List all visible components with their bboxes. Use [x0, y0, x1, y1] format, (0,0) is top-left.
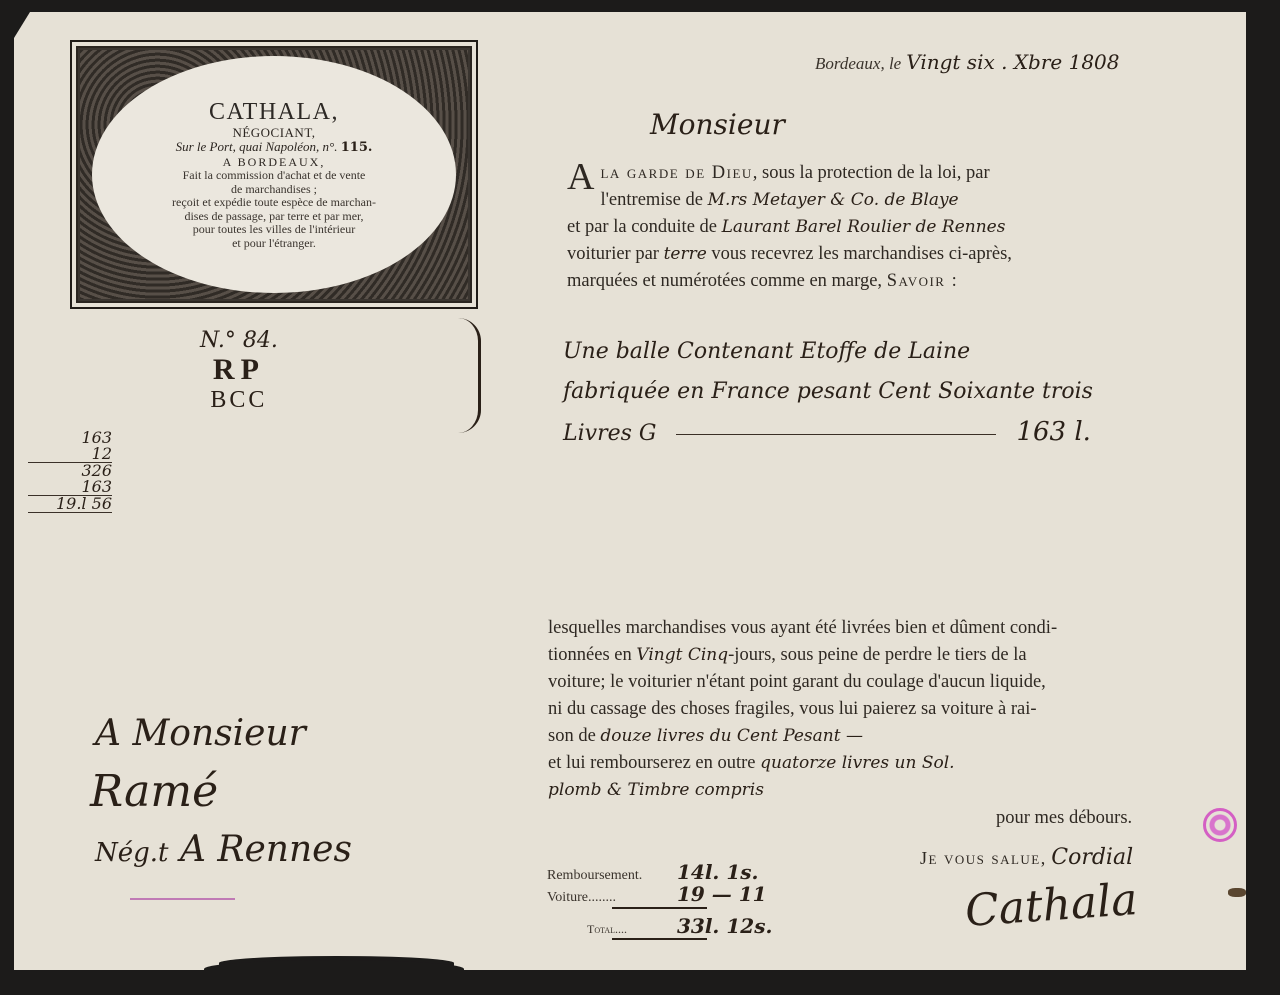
date-printed: Bordeaux, le: [815, 54, 901, 73]
rate-handwritten: douze livres du Cent Pesant —: [600, 726, 863, 746]
body-text: lesquelles marchandises vous ayant été l…: [548, 615, 1238, 642]
total-value: 33l. 12s.: [677, 914, 772, 938]
merchant-role: NÉGOCIANT,: [232, 126, 315, 141]
package-number: N.° 84.: [200, 328, 278, 353]
recipient-occupation: Nég.t: [95, 838, 169, 868]
body-text: , sous la protection de la loi, par: [753, 163, 990, 183]
merchant-address: Sur le Port, quai Napoléon, n°. 115.: [176, 140, 373, 156]
transport-mode-handwritten: terre: [664, 244, 707, 264]
body-text: -jours, sous peine de perdre le tiers de…: [728, 645, 1026, 665]
closing-line: Je vous salue, Cordial: [920, 845, 1133, 870]
address-text: Sur le Port, quai Napoléon, n°.: [176, 139, 338, 154]
merchant-name: CATHALA,: [209, 99, 339, 126]
consignment-paragraph: A la garde de Dieu, sous la protection d…: [567, 160, 1247, 295]
body-text: l'entremise de: [600, 190, 702, 210]
package-marks: N.° 84. RP BCC: [200, 328, 278, 414]
goods-line: Livres G: [563, 421, 656, 446]
fees-handwritten: plomb & Timbre compris: [548, 780, 764, 800]
body-text: et par la conduite de: [567, 217, 717, 237]
recipient-title: A Monsieur: [95, 705, 352, 763]
body-text: et lui rembourserez en outre: [548, 753, 756, 773]
margin-brace: [458, 318, 481, 433]
recipient-city: A Rennes: [180, 829, 352, 870]
description-line: reçoit et expédie toute espèce de marcha…: [139, 196, 409, 209]
merchant-city: A BORDEAUX,: [223, 156, 326, 169]
goods-line: fabriquée en France pesant Cent Soixante…: [563, 372, 1223, 412]
totals-row: Voiture........ 19 — 11: [547, 882, 772, 904]
conditions-paragraph: lesquelles marchandises vous ayant été l…: [548, 615, 1238, 804]
letterhead-frame: CATHALA, NÉGOCIANT, Sur le Port, quai Na…: [70, 40, 478, 309]
body-text: son de: [548, 726, 596, 746]
letterhead-oval: CATHALA, NÉGOCIANT, Sur le Port, quai Na…: [92, 56, 456, 293]
totals-label: Voiture........: [547, 890, 677, 906]
total-label: Total....: [587, 922, 677, 937]
totals-block: Remboursement. 14l. 1s. Voiture........ …: [547, 860, 772, 936]
goods-line: Une balle Contenant Etoffe de Laine: [563, 332, 1223, 372]
reimbursement-handwritten: quatorze livres un Sol.: [760, 753, 954, 773]
total-row: Total.... 33l. 12s.: [547, 914, 772, 936]
goods-description: Une balle Contenant Etoffe de Laine fabr…: [563, 332, 1223, 454]
paper-damage: [219, 956, 454, 970]
recipient-address: A Monsieur Ramé Nég.t A Rennes: [95, 705, 352, 882]
calc-result: 19.l 56: [28, 496, 112, 513]
body-text: voiturier par: [567, 244, 659, 264]
description-line: de marchandises ;: [139, 183, 409, 196]
totals-value: 14l. 1s.: [677, 860, 759, 884]
salue-text: Je vous salue,: [920, 848, 1047, 868]
body-text: ni du cassage des choses fragiles, vous …: [548, 696, 1238, 723]
savoir: Savoir :: [887, 271, 959, 291]
body-text: vous recevrez les marchandises ci-après,: [711, 244, 1011, 264]
debours-text: pour mes débours.: [996, 808, 1132, 829]
body-text: voiture; le voiturier n'étant point gara…: [548, 669, 1238, 696]
drop-cap: A: [567, 162, 594, 192]
date-handwritten: Vingt six . Xbre 1808: [906, 50, 1119, 74]
garde-de-dieu: la garde de Dieu: [600, 163, 752, 183]
body-text: marquées et numérotées comme en marge,: [567, 271, 882, 291]
goods-weight: 163 l.: [1016, 417, 1090, 447]
pink-underline: [130, 898, 235, 900]
date-line: Bordeaux, le Vingt six . Xbre 1808: [815, 50, 1120, 75]
intermediary-handwritten: M.rs Metayer & Co. de Blaye: [708, 190, 959, 210]
description-line: dises de passage, par terre et par mer,: [139, 210, 409, 223]
totals-rule: [612, 938, 707, 940]
address-number: 115.: [341, 140, 373, 155]
totals-row: Remboursement. 14l. 1s.: [547, 860, 772, 882]
package-mark-rp: RP: [200, 353, 278, 387]
totals-value: 19 — 11: [677, 882, 767, 906]
salue-handwritten: Cordial: [1051, 845, 1133, 870]
margin-calculation: 163 12 326 163 19.l 56: [28, 430, 112, 513]
archive-stamp: [1203, 808, 1237, 842]
recipient-name: Ramé: [90, 763, 352, 821]
delivery-days-handwritten: Vingt Cinq: [636, 645, 728, 665]
goods-rule: [676, 434, 996, 435]
ink-stain: [1228, 888, 1246, 897]
merchant-description: Fait la commission d'achat et de vente d…: [139, 169, 409, 250]
totals-rule: [612, 907, 707, 909]
body-text: tionnées en: [548, 645, 632, 665]
package-mark-bcc: BCC: [200, 387, 278, 414]
description-line: et pour l'étranger.: [139, 237, 409, 250]
description-line: Fait la commission d'achat et de vente: [139, 169, 409, 182]
carrier-handwritten: Laurant Barel Roulier de Rennes: [722, 217, 1006, 237]
totals-label: Remboursement.: [547, 868, 677, 884]
salutation: Monsieur: [650, 108, 785, 141]
description-line: pour toutes les villes de l'intérieur: [139, 223, 409, 236]
